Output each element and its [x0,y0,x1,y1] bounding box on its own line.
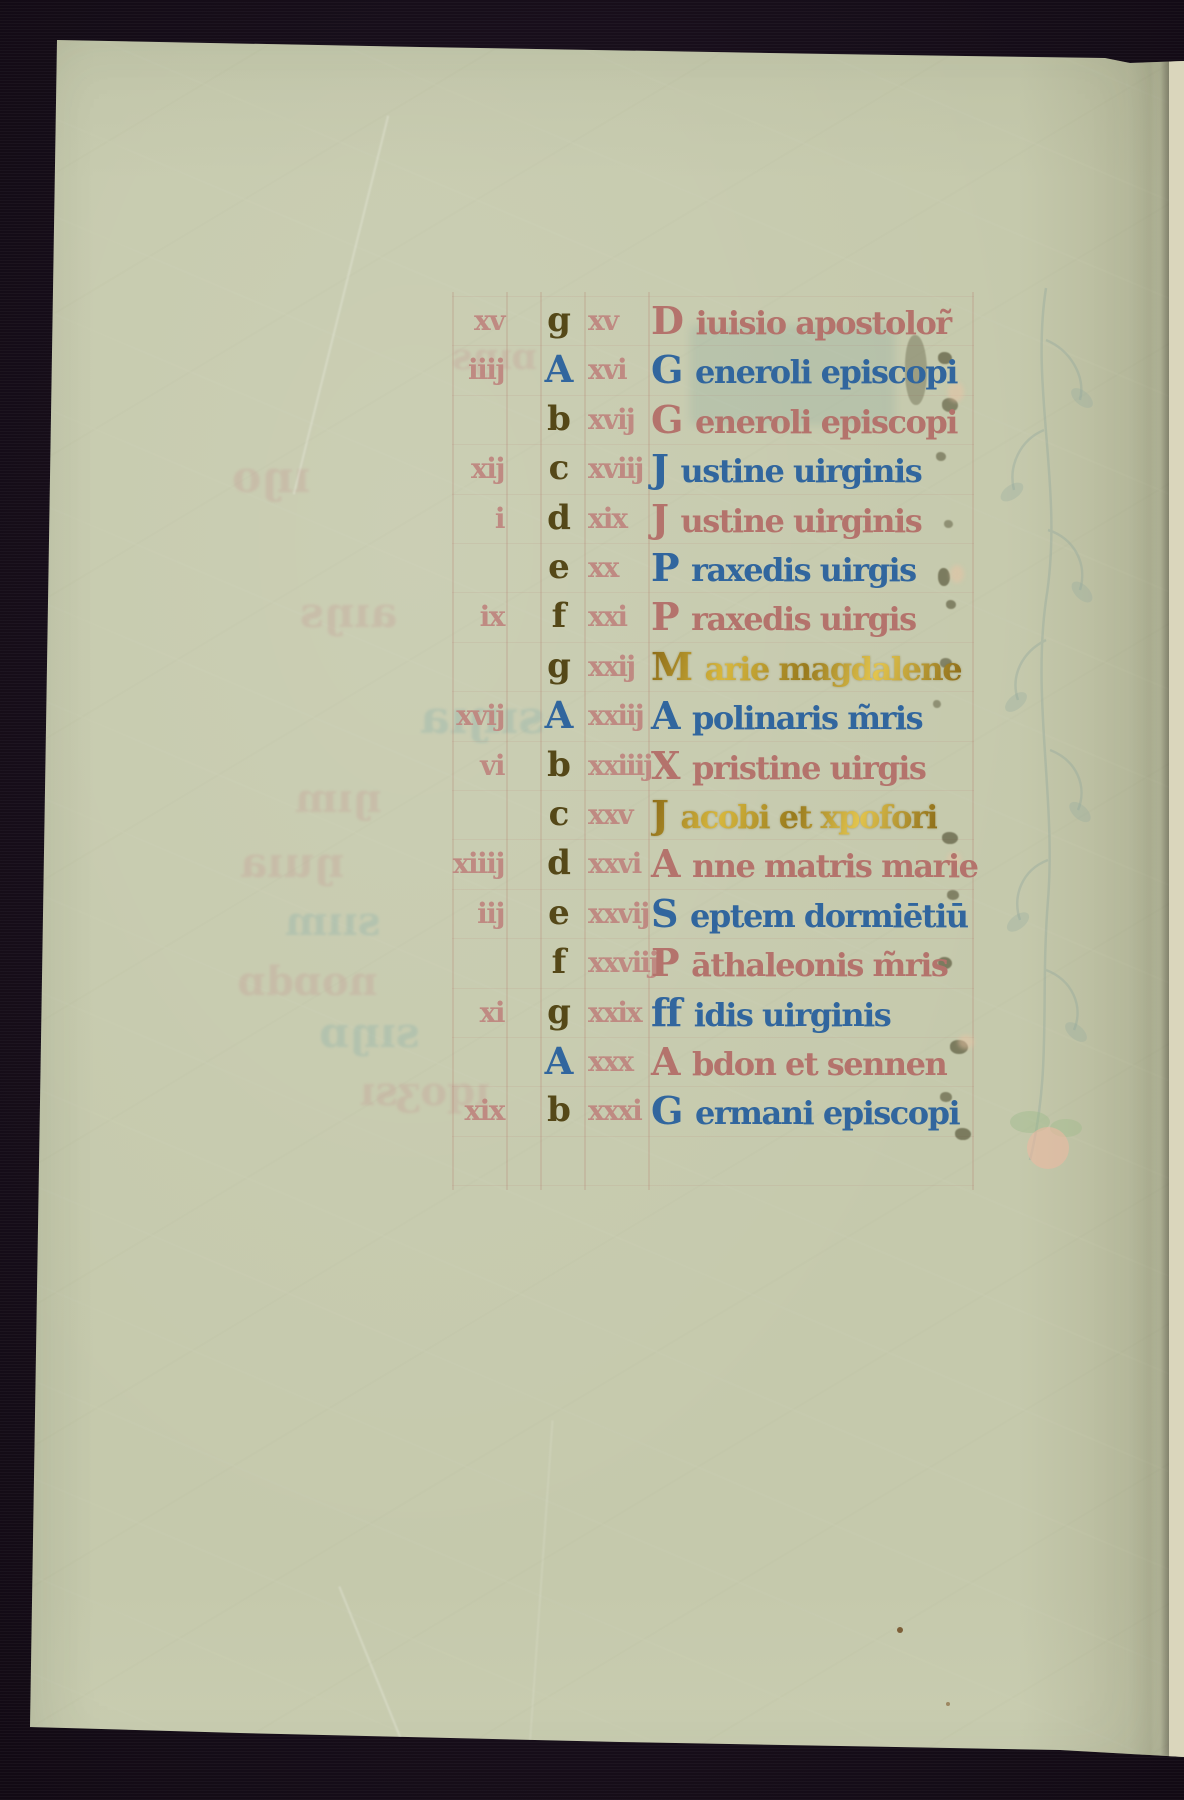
golden-number: ix [400,592,504,641]
day-number: xxi [588,592,660,641]
feast-text: bdon et sennen [692,1045,946,1083]
feast-initial: D [651,298,682,343]
golden-number: i [400,494,504,543]
parchment-fleck [897,1627,903,1633]
feast-text: eptem dormiētiū [690,897,968,935]
dominical-letter: f [536,938,582,987]
calendar-row: xv g xv Diuisio apostolor̃ [0,296,1184,345]
day-number: xvij [588,395,660,444]
dominical-letter: e [536,889,582,938]
day-number: xvi [588,345,660,394]
feast-text: ermani episcopi [695,1094,959,1132]
feast-initial: G [651,1088,682,1133]
day-number: xxiij [588,691,660,740]
feast-initial: A [651,693,679,738]
feast-name: Generoli episcopi [651,345,957,397]
feast-text: nne matris marie [692,847,978,885]
feast-text: acobi et xpofori [680,798,936,836]
calendar-row: xi g xxix ffidis uirginis [0,988,1184,1037]
dominical-letter: g [536,642,582,691]
feast-text: eneroli episcopi [695,403,957,441]
feast-name: Anne matris marie [651,839,978,891]
feast-text: ustine uirginis [680,502,921,540]
feast-text: polinaris m̃ris [692,699,922,737]
dominical-letter: A [536,345,582,394]
day-number: xviij [588,444,660,493]
day-number: xxij [588,642,660,691]
day-number: xx [588,543,660,592]
calendar-row: A xxx Abdon et sennen [0,1037,1184,1086]
feast-initial: S [651,891,677,936]
dominical-letter: A [536,1037,582,1086]
day-number: xxix [588,988,660,1037]
golden-number: vi [400,741,504,790]
feast-text: āthaleonis m̃ris [691,946,947,984]
golden-number: xiiij [400,839,504,888]
feast-name: Justine uirginis [651,494,921,546]
feast-initial: P [651,545,678,590]
feast-initial: J [651,446,667,491]
golden-number: xi [400,988,504,1037]
dominical-letter: g [536,296,582,345]
feast-text: raxedis uirgis [691,600,916,638]
dominical-letter: b [536,1086,582,1135]
calendar-row: iiij A xvi Generoli episcopi [0,345,1184,394]
feast-name: Praxedis uirgis [651,543,916,595]
feast-initial: X [651,743,679,788]
calendar-row: xix b xxxi Germani episcopi [0,1086,1184,1135]
feast-initial: G [651,397,682,442]
day-number: xv [588,296,660,345]
parchment-fleck [946,1702,950,1706]
day-number: xxiiij [588,741,660,790]
feast-initial: J [651,496,667,541]
golden-number: xij [400,444,504,493]
calendar-row: xij c xviij Justine uirginis [0,444,1184,493]
dominical-letter: d [536,839,582,888]
feast-text: pristine uirgis [692,749,925,787]
calendar-row: vi b xxiiij Xpristine uirgis [0,741,1184,790]
feast-initial: ff [651,990,681,1035]
feast-name: Apolinaris m̃ris [651,691,922,743]
day-number: xxvij [588,889,660,938]
feast-text: eneroli episcopi [695,353,957,391]
parchment-page: ıŋoɒıŋsaıŋssıŋıaŋımŋuıasıımnoɒdɒsıŋɒıqoʒ… [0,0,1184,1800]
dominical-letter: e [536,543,582,592]
feast-initial: P [651,940,678,985]
golden-number: xvij [400,691,504,740]
manuscript-photo: ıŋoɒıŋsaıŋssıŋıaŋımŋuıasıımnoɒdɒsıŋɒıqoʒ… [0,0,1184,1800]
feast-name: Abdon et sennen [651,1037,946,1089]
calendar-row: f xxviij Pāthaleonis m̃ris [0,938,1184,987]
feast-text: iuisio apostolor̃ [695,304,950,342]
calendar-row: xiiij d xxvi Anne matris marie [0,839,1184,888]
calendar-row: ix f xxi Praxedis uirgis [0,592,1184,641]
day-number: xxxi [588,1086,660,1135]
feast-name: Pāthaleonis m̃ris [651,938,947,990]
dominical-letter: d [536,494,582,543]
feast-name: Praxedis uirgis [651,592,916,644]
dominical-letter: b [536,395,582,444]
calendar-row: g xxij Marie magdalene [0,642,1184,691]
feast-name: Generoli episcopi [651,395,957,447]
feast-name: ffidis uirginis [651,988,890,1040]
calendar-row: iij e xxvij Septem dormiētiū [0,889,1184,938]
gutter-shadow [1127,58,1169,1756]
feast-text: idis uirginis [694,996,891,1034]
golden-number: iiij [400,345,504,394]
calendar-row: c xxv Jacobi et xpofori [0,790,1184,839]
golden-number: xix [400,1086,504,1135]
feast-text: ustine uirginis [680,452,921,490]
day-number: xix [588,494,660,543]
dominical-letter: A [536,691,582,740]
calendar-row: xvij A xxiij Apolinaris m̃ris [0,691,1184,740]
golden-number: xv [400,296,504,345]
golden-number: iij [400,889,504,938]
calendar-row: e xx Praxedis uirgis [0,543,1184,592]
dominical-letter: g [536,988,582,1037]
day-number: xxv [588,790,660,839]
dominical-letter: c [536,444,582,493]
feast-text: raxedis uirgis [691,551,916,589]
feast-initial: M [651,644,692,689]
feast-name: Diuisio apostolor̃ [651,296,951,348]
feast-text: arie magdalene [705,650,961,688]
feast-name: Jacobi et xpofori [651,790,937,842]
feast-name: Germani episcopi [651,1086,959,1138]
feast-initial: P [651,594,678,639]
day-number: xxviij [588,938,660,987]
adjacent-page-edge [1169,56,1184,1758]
feast-initial: A [651,841,679,886]
feast-initial: A [651,1039,679,1084]
feast-name: Xpristine uirgis [651,741,925,793]
calendar-row: i d xix Justine uirginis [0,494,1184,543]
feast-name: Septem dormiētiū [651,889,967,941]
calendar-row: b xvij Generoli episcopi [0,395,1184,444]
day-number: xxvi [588,839,660,888]
day-number: xxx [588,1037,660,1086]
dominical-letter: c [536,790,582,839]
feast-initial: J [651,792,667,837]
feast-name: Marie magdalene [651,642,961,694]
dominical-letter: f [536,592,582,641]
feast-initial: G [651,347,682,392]
dominical-letter: b [536,741,582,790]
feast-name: Justine uirginis [651,444,921,496]
